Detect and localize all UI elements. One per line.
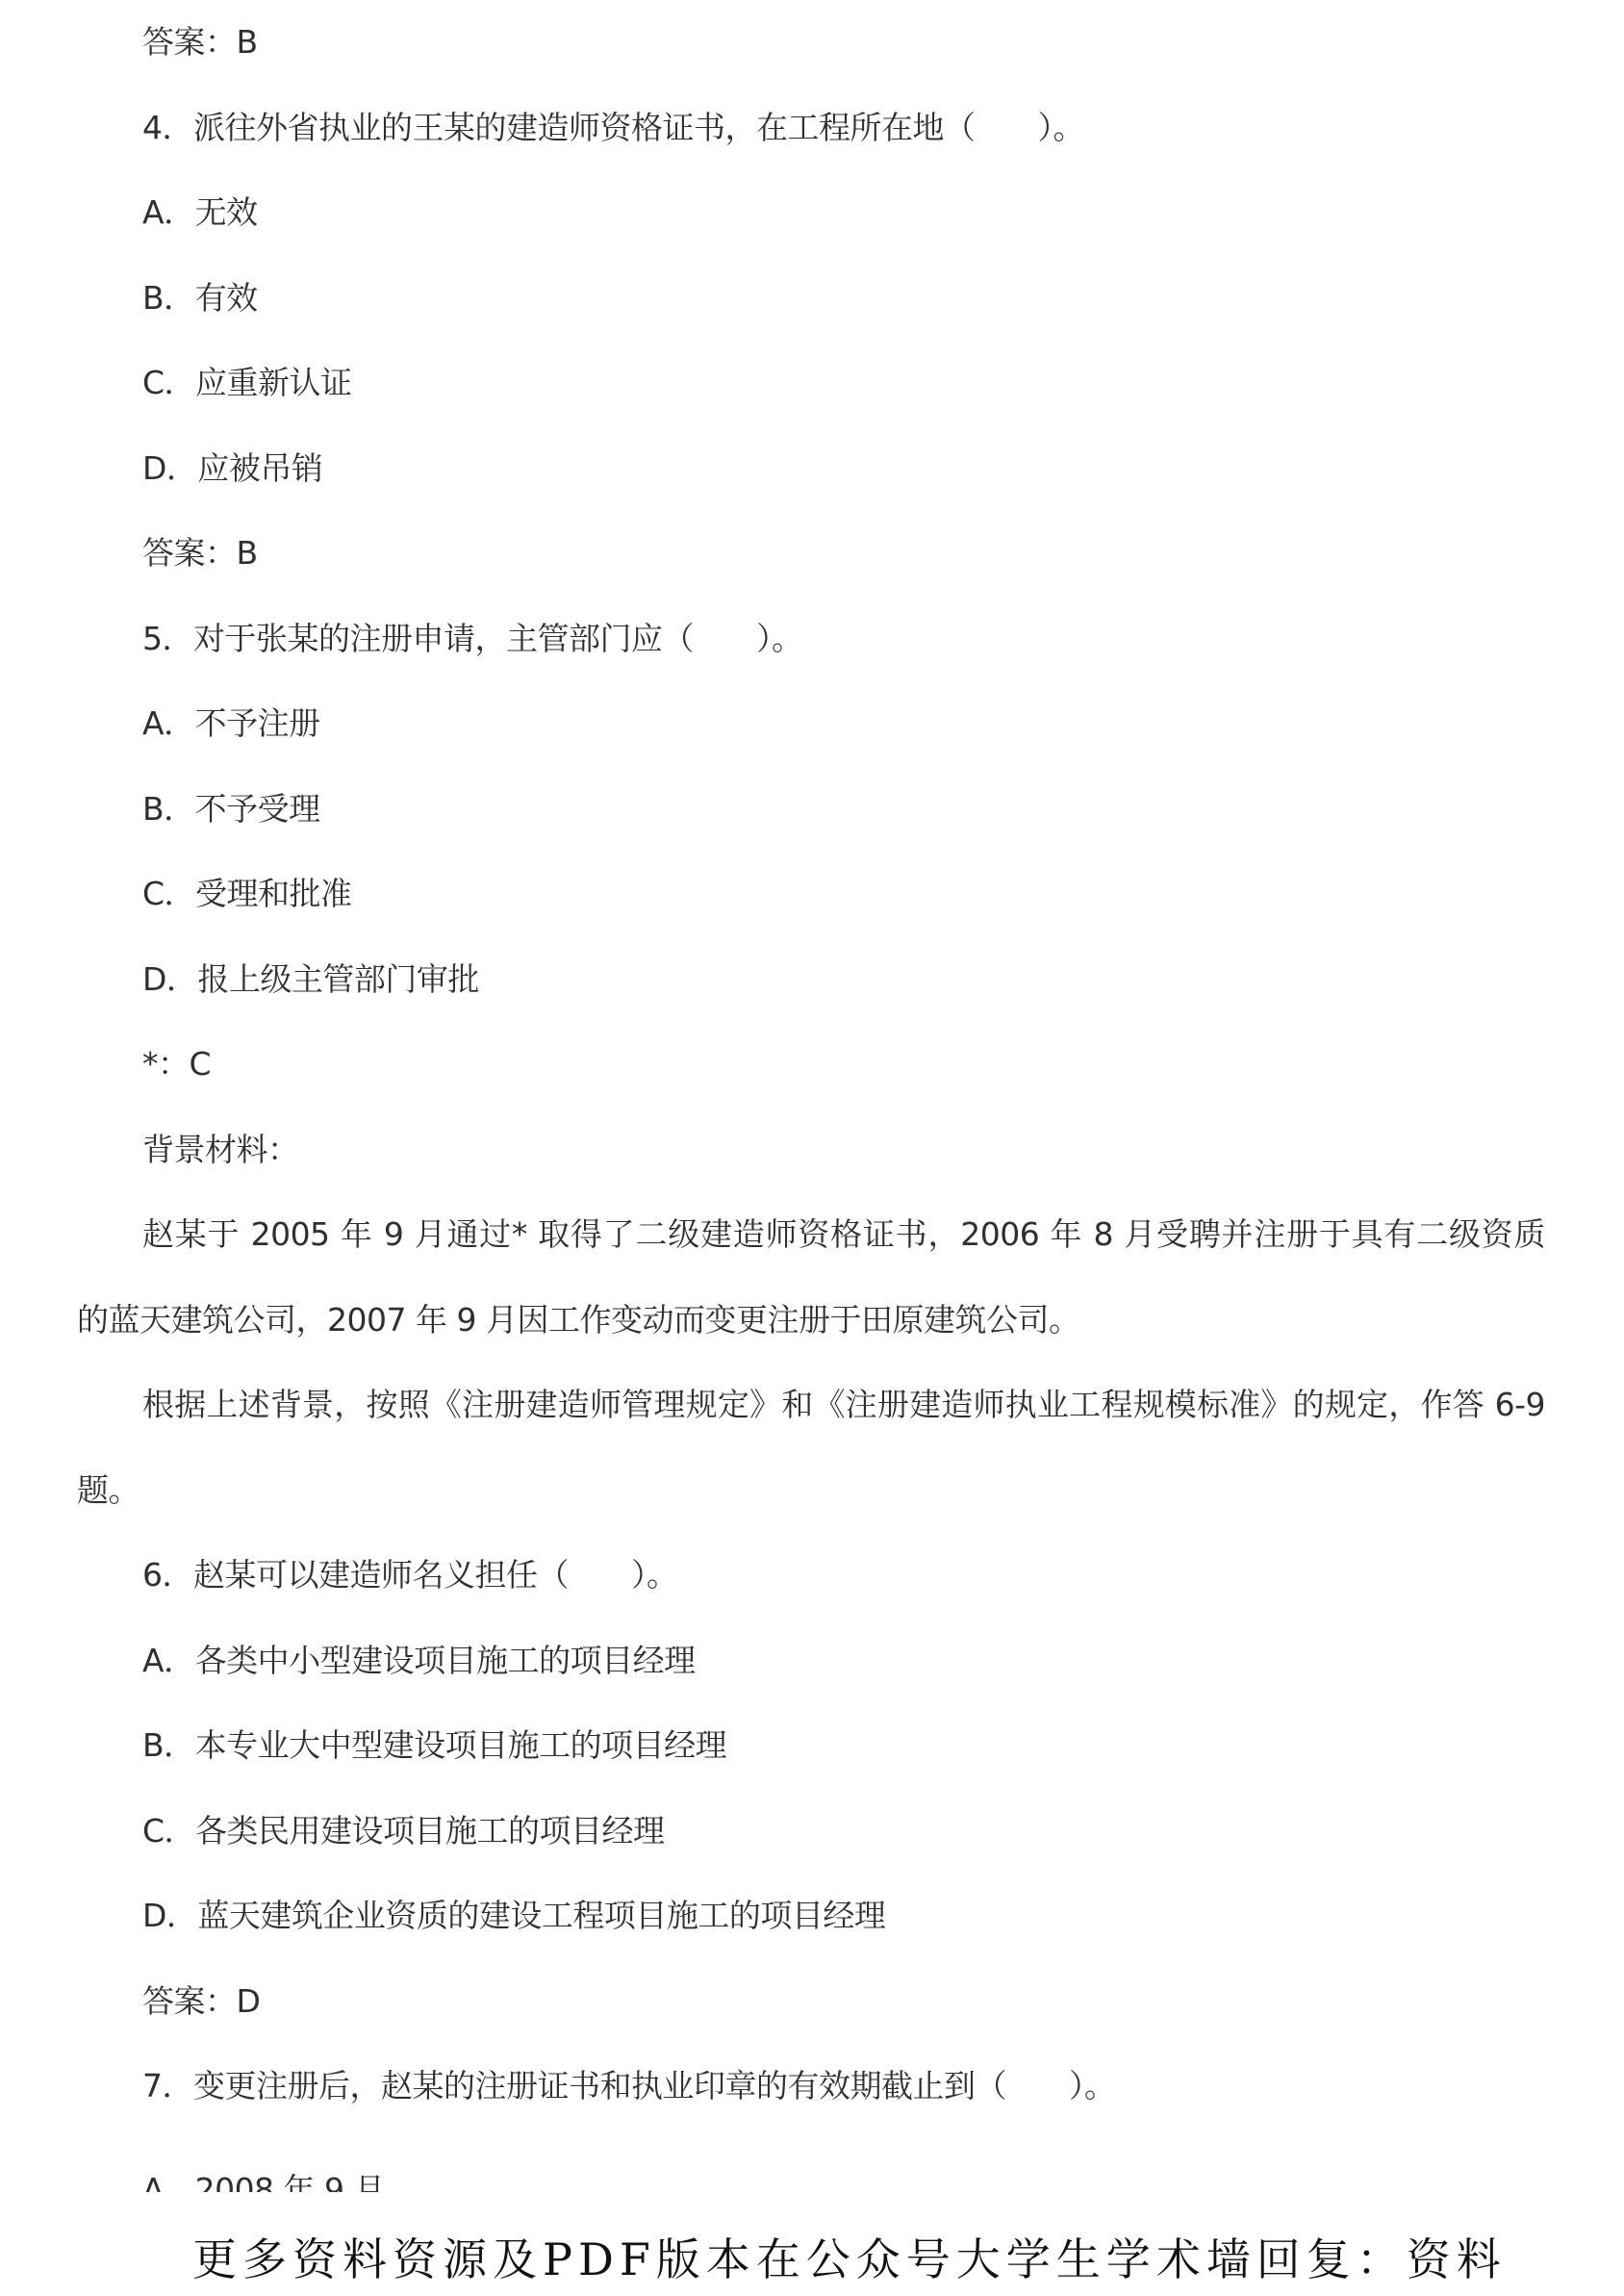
question-5-option-d: D．报上级主管部门审批 — [142, 937, 479, 1022]
question-6-option-b: B．本专业大中型建设项目施工的项目经理 — [142, 1703, 726, 1788]
page-cutoff-region: A．2008 年 9 月 — [0, 2154, 1624, 2192]
question-5-option-a: A．不予注册 — [142, 681, 320, 766]
answer-q6: 答案：D — [142, 1959, 260, 2044]
question-6-option-a: A．各类中小型建设项目施工的项目经理 — [142, 1619, 696, 1703]
answer-q3: 答案：B — [142, 0, 258, 85]
question-7-option-a-partial: A．2008 年 9 月 — [142, 2154, 385, 2192]
background-paragraph-1-line-1: 赵某于 2005 年 9 月通过* 取得了二级建造师资格证书，2006 年 8 … — [142, 1192, 1545, 1277]
question-7-stem: 7．变更注册后，赵某的注册证书和执业印章的有效期截止到（ ）。 — [142, 2044, 1116, 2129]
question-4-option-d: D．应被吊销 — [142, 426, 322, 511]
footer-promo-text: 更多资料资源及PDF版本在公众号大学生学术墙回复：资料 — [192, 2231, 1453, 2288]
question-5-option-b: B．不予受理 — [142, 767, 320, 852]
background-heading: 背景材料： — [142, 1108, 299, 1192]
question-6-option-d: D．蓝天建筑企业资质的建设工程项目施工的项目经理 — [142, 1874, 885, 1958]
question-6-stem: 6．赵某可以建造师名义担任（ ）。 — [142, 1533, 678, 1618]
question-4-option-a: A．无效 — [142, 170, 258, 255]
answer-q4: 答案：B — [142, 511, 258, 596]
background-paragraph-2-line-1: 根据上述背景，按照《注册建造师管理规定》和《注册建造师执业工程规模标准》的规定，… — [142, 1363, 1545, 1447]
answer-q5: *：C — [142, 1022, 211, 1107]
question-6-option-c: C．各类民用建设项目施工的项目经理 — [142, 1789, 665, 1874]
document-page: 答案：B 4．派往外省执业的王某的建造师资格证书，在工程所在地（ ）。 A．无效… — [0, 0, 1624, 2296]
background-paragraph-2-line-2: 题。 — [77, 1448, 140, 1533]
question-5-option-c: C．受理和批准 — [142, 852, 352, 936]
question-4-option-c: C．应重新认证 — [142, 341, 352, 425]
question-4-stem: 4．派往外省执业的王某的建造师资格证书，在工程所在地（ ）。 — [142, 86, 1084, 170]
question-4-option-b: B．有效 — [142, 256, 258, 341]
background-paragraph-1-line-2: 的蓝天建筑公司，2007 年 9 月因工作变动而变更注册于田原建筑公司。 — [77, 1278, 1079, 1363]
question-5-stem: 5．对于张某的注册申请，主管部门应（ ）。 — [142, 597, 803, 681]
